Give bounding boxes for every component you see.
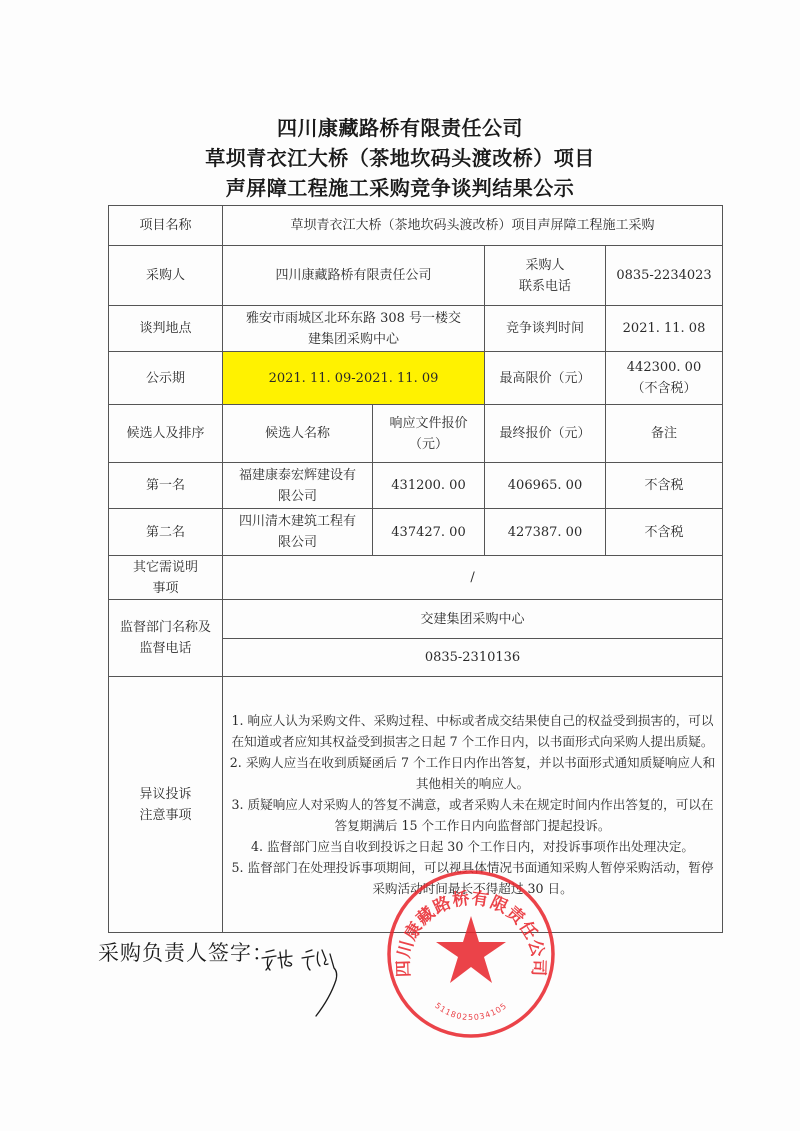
purchaser-contact-value: 0835-2234023 <box>606 246 723 306</box>
row-candidates-header: 候选人及排序 候选人名称 响应文件报价 （元） 最终报价（元） 备注 <box>109 405 723 463</box>
candidate-response-price: 437427. 00 <box>373 509 485 556</box>
remark-header: 备注 <box>606 405 723 463</box>
svg-text:5118025034105: 5118025034105 <box>433 1001 509 1022</box>
row-purchaser: 采购人 四川康藏路桥有限责任公司 采购人 联系电话 0835-2234023 <box>109 246 723 306</box>
row-project-name: 项目名称 草坝青衣江大桥（茶地坎码头渡改桥）项目声屏障工程施工采购 <box>109 206 723 246</box>
other-value: / <box>223 556 723 600</box>
objection-note: 2. 采购人应当在收到质疑函后 7 个工作日内作出答复，并以书面形式通知质疑响应… <box>227 752 718 794</box>
supervisor-phone: 0835-2310136 <box>223 639 723 677</box>
candidate-rank: 第二名 <box>109 509 223 556</box>
purchaser-contact-label: 采购人 联系电话 <box>485 246 606 306</box>
project-name-value: 草坝青衣江大桥（茶地坎码头渡改桥）项目声屏障工程施工采购 <box>223 206 723 246</box>
company-seal-icon: 四川康藏路桥有限责任公司 5118025034105 <box>385 868 557 1040</box>
row-publicity: 公示期 2021. 11. 09-2021. 11. 09 最高限价（元） 44… <box>109 352 723 405</box>
negotiation-time-label: 竞争谈判时间 <box>485 306 606 352</box>
other-label: 其它需说明 事项 <box>109 556 223 600</box>
title-project: 草坝青衣江大桥（茶地坎码头渡改桥）项目 <box>0 143 800 173</box>
publicity-value: 2021. 11. 09-2021. 11. 09 <box>223 352 485 405</box>
project-name-label: 项目名称 <box>109 206 223 246</box>
supervisor-label: 监督部门名称及 监督电话 <box>109 600 223 677</box>
title-announcement: 声屏障工程施工采购竞争谈判结果公示 <box>0 173 800 203</box>
supervisor-name: 交建集团采购中心 <box>223 600 723 639</box>
objection-label: 异议投诉 注意事项 <box>109 677 223 933</box>
candidate-name: 四川清木建筑工程有 限公司 <box>223 509 373 556</box>
objection-note: 1. 响应人认为采购文件、采购过程、中标或者成交结果使自己的权益受到损害的，可以… <box>227 710 718 752</box>
purchaser-value: 四川康藏路桥有限责任公司 <box>223 246 485 306</box>
objection-note: 4. 监督部门应当自收到投诉之日起 30 个工作日内，对投诉事项作出处理决定。 <box>227 836 718 857</box>
final-price-header: 最终报价（元） <box>485 405 606 463</box>
candidate-rank: 第一名 <box>109 463 223 509</box>
location-value: 雅安市雨城区北环东路 308 号一楼交 建集团采购中心 <box>223 306 485 352</box>
candidate-remark: 不含税 <box>606 509 723 556</box>
document-title: 四川康藏路桥有限责任公司 草坝青衣江大桥（茶地坎码头渡改桥）项目 声屏障工程施工… <box>0 113 800 203</box>
title-company: 四川康藏路桥有限责任公司 <box>0 113 800 143</box>
candidate-response-price: 431200. 00 <box>373 463 485 509</box>
candidate-name: 福建康泰宏辉建设有 限公司 <box>223 463 373 509</box>
row-supervisor-name: 监督部门名称及 监督电话 交建集团采购中心 <box>109 600 723 639</box>
name-header: 候选人名称 <box>223 405 373 463</box>
location-label: 谈判地点 <box>109 306 223 352</box>
candidate-row: 第二名 四川清木建筑工程有 限公司 437427. 00 427387. 00 … <box>109 509 723 556</box>
response-price-header: 响应文件报价 （元） <box>373 405 485 463</box>
max-price-label: 最高限价（元） <box>485 352 606 405</box>
handwritten-signature <box>256 940 366 1020</box>
result-table: 项目名称 草坝青衣江大桥（茶地坎码头渡改桥）项目声屏障工程施工采购 采购人 四川… <box>108 205 723 933</box>
rank-header: 候选人及排序 <box>109 405 223 463</box>
purchaser-label: 采购人 <box>109 246 223 306</box>
max-price-value: 442300. 00 （不含税） <box>606 352 723 405</box>
row-location: 谈判地点 雅安市雨城区北环东路 308 号一楼交 建集团采购中心 竞争谈判时间 … <box>109 306 723 352</box>
negotiation-time-value: 2021. 11. 08 <box>606 306 723 352</box>
row-other: 其它需说明 事项 / <box>109 556 723 600</box>
signature-label: 采购负责人签字： <box>98 937 274 967</box>
publicity-label: 公示期 <box>109 352 223 405</box>
candidate-final-price: 406965. 00 <box>485 463 606 509</box>
candidate-final-price: 427387. 00 <box>485 509 606 556</box>
candidate-remark: 不含税 <box>606 463 723 509</box>
candidate-row: 第一名 福建康泰宏辉建设有 限公司 431200. 00 406965. 00 … <box>109 463 723 509</box>
objection-note: 3. 质疑响应人对采购人的答复不满意，或者采购人未在规定时间内作出答复的，可以在… <box>227 794 718 836</box>
